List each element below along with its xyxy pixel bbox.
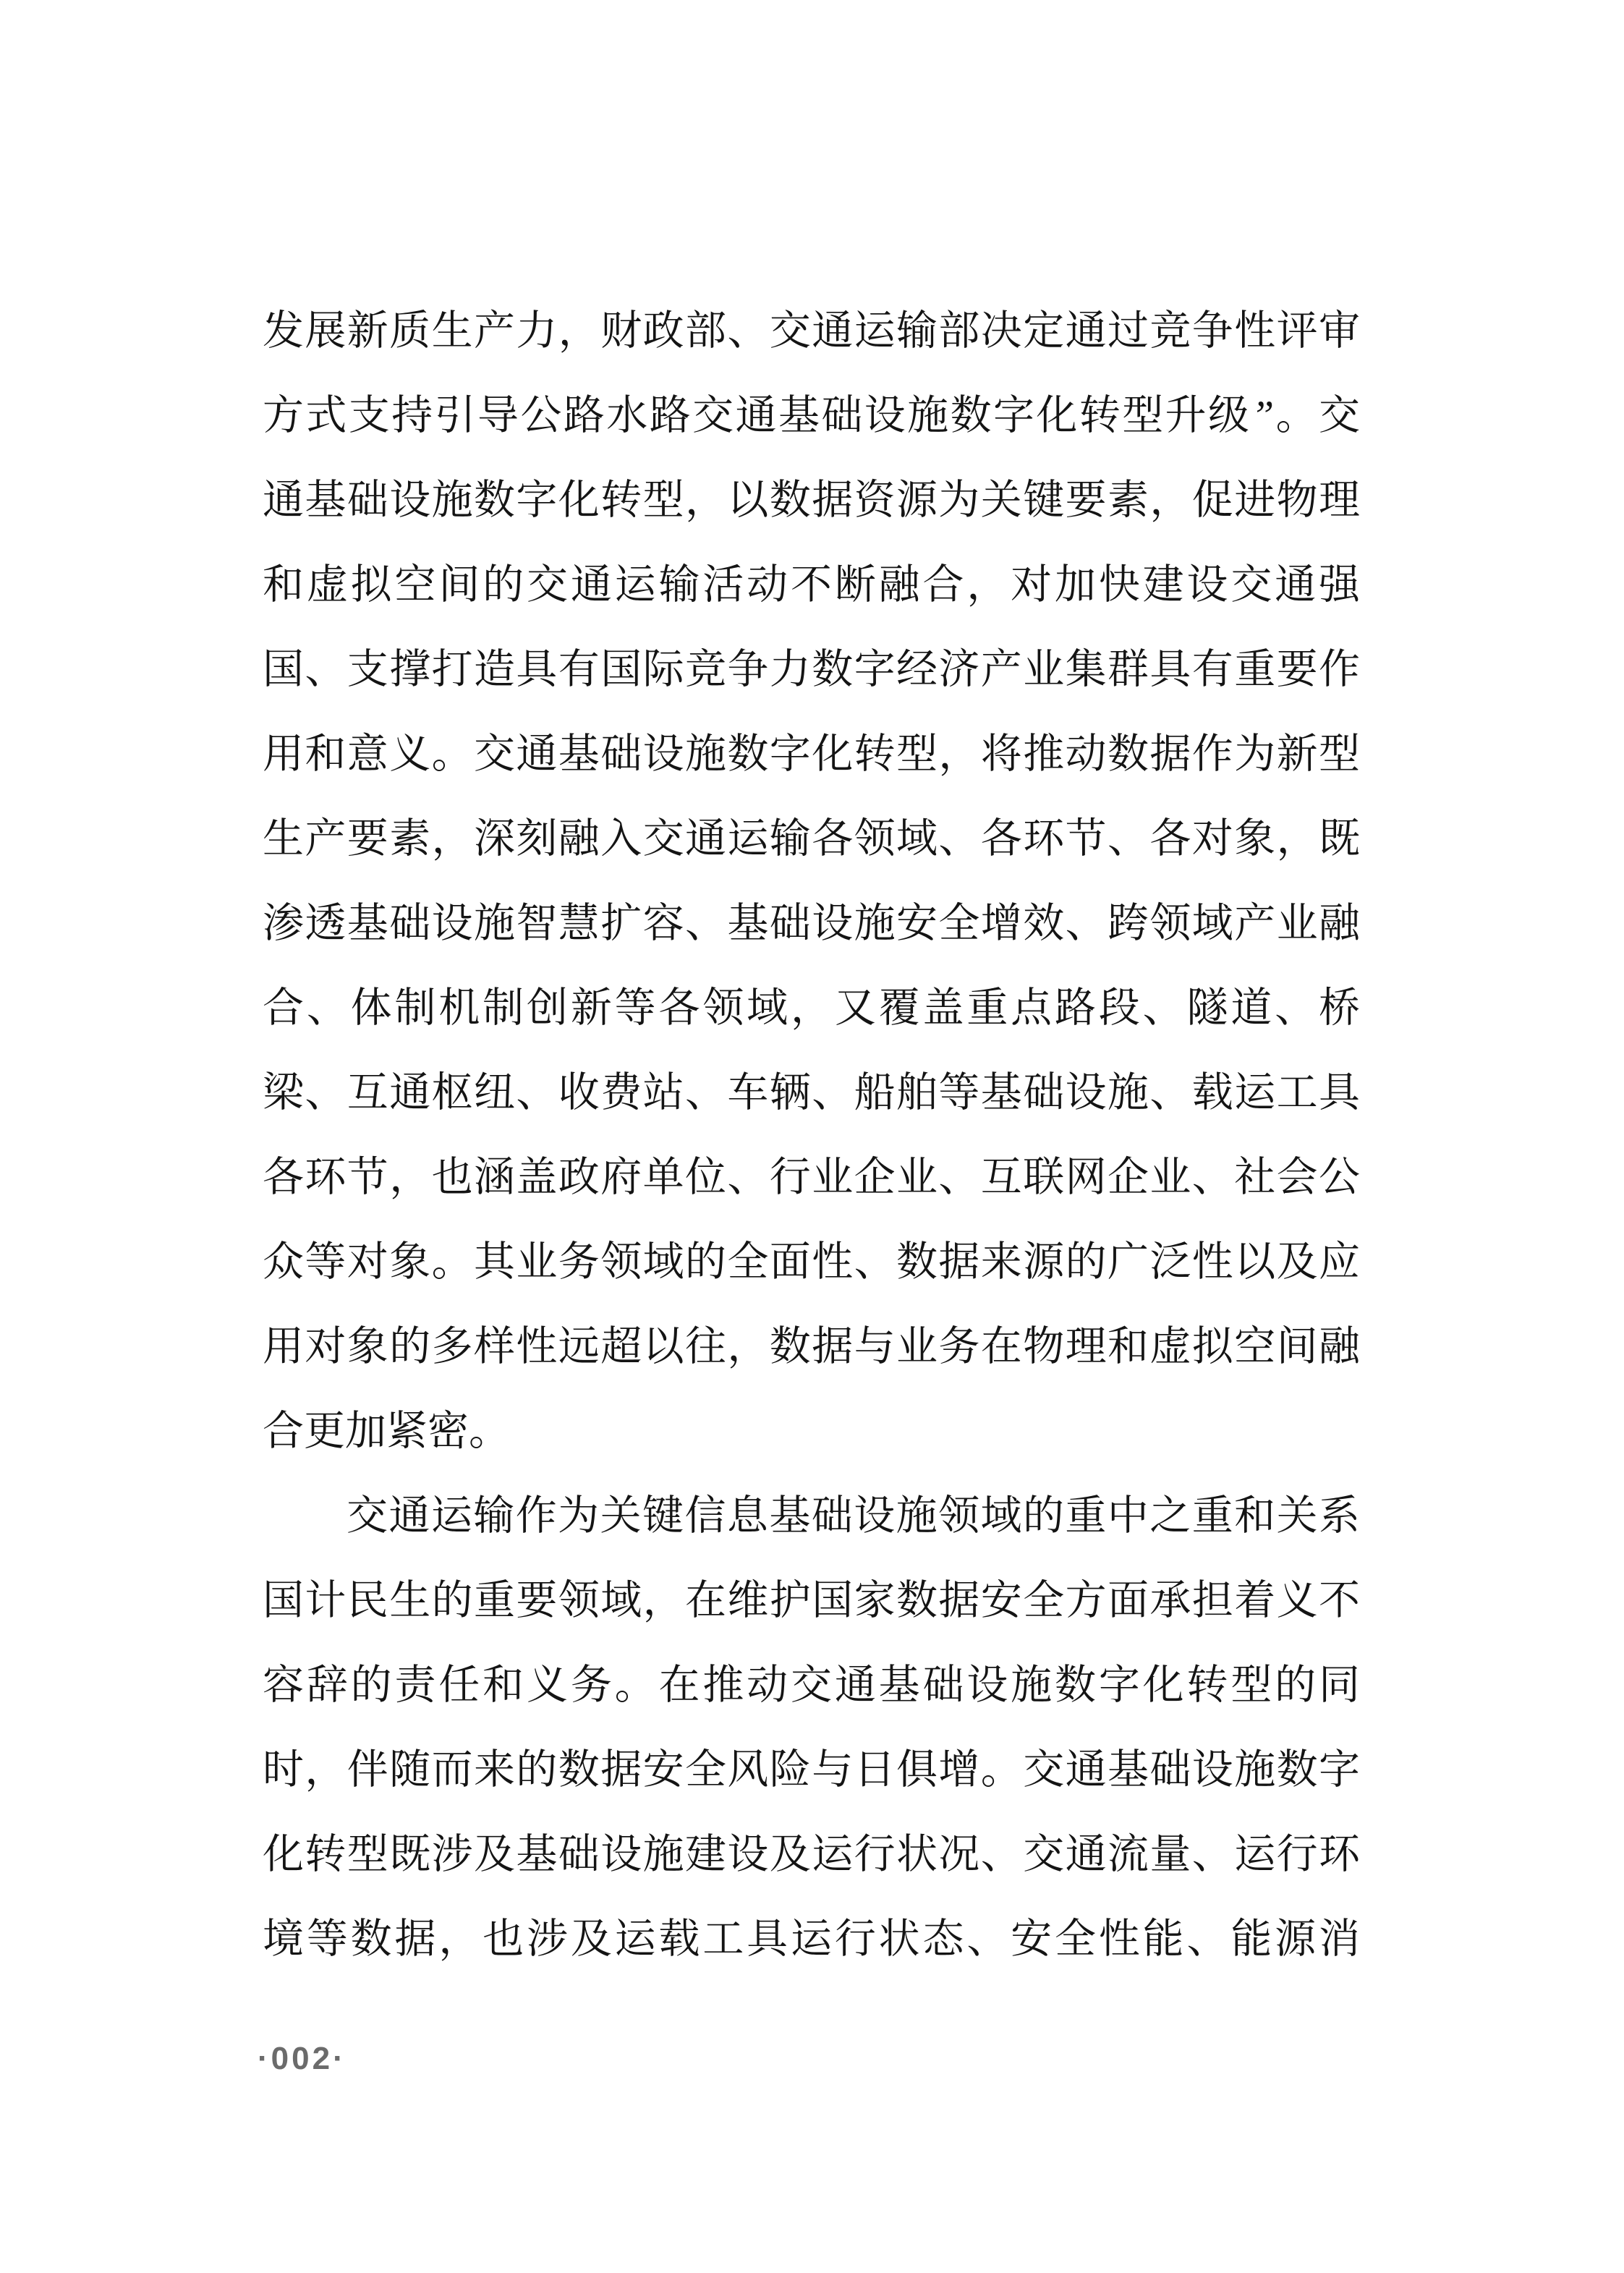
text-line: 各环节，也涵盖政府单位、行业企业、互联网企业、社会公 [263, 1135, 1360, 1220]
text-line: 方式支持引导公路水路交通基础设施数字化转型升级”。交 [263, 373, 1360, 458]
text-line: 容辞的责任和义务。在推动交通基础设施数字化转型的同 [263, 1643, 1360, 1728]
text-line: 通基础设施数字化转型，以数据资源为关键要素，促进物理 [263, 458, 1360, 543]
book-page: 发展新质生产力，财政部、交通运输部决定通过竞争性评审方式支持引导公路水路交通基础… [0, 0, 1624, 2273]
text-line: 众等对象。其业务领域的全面性、数据来源的广泛性以及应 [263, 1220, 1360, 1304]
text-line: 生产要素，深刻融入交通运输各领域、各环节、各对象，既 [263, 796, 1360, 881]
text-line: 境等数据，也涉及运载工具运行状态、安全性能、能源消 [263, 1897, 1360, 1981]
text-line: 发展新质生产力，财政部、交通运输部决定通过竞争性评审 [263, 289, 1360, 373]
text-line: 和虚拟空间的交通运输活动不断融合，对加快建设交通强 [263, 543, 1360, 627]
text-line: 用对象的多样性远超以往，数据与业务在物理和虚拟空间融 [263, 1304, 1360, 1389]
text-line: 交通运输作为关键信息基础设施领域的重中之重和关系 [263, 1474, 1360, 1558]
page-number: ·002· [258, 2042, 347, 2076]
text-block: 发展新质生产力，财政部、交通运输部决定通过竞争性评审方式支持引导公路水路交通基础… [263, 289, 1360, 1981]
text-line: 合、体制机制创新等各领域，又覆盖重点路段、隧道、桥 [263, 966, 1360, 1050]
text-line: 用和意义。交通基础设施数字化转型，将推动数据作为新型 [263, 712, 1360, 796]
text-line: 国计民生的重要领域，在维护国家数据安全方面承担着义不 [263, 1558, 1360, 1643]
text-line: 梁、互通枢纽、收费站、车辆、船舶等基础设施、载运工具 [263, 1050, 1360, 1135]
text-line: 化转型既涉及基础设施建设及运行状况、交通流量、运行环 [263, 1812, 1360, 1897]
text-line: 合更加紧密。 [263, 1389, 1360, 1474]
text-line: 国、支撑打造具有国际竞争力数字经济产业集群具有重要作 [263, 627, 1360, 712]
text-line: 渗透基础设施智慧扩容、基础设施安全增效、跨领域产业融 [263, 881, 1360, 966]
text-line: 时，伴随而来的数据安全风险与日俱增。交通基础设施数字 [263, 1728, 1360, 1812]
